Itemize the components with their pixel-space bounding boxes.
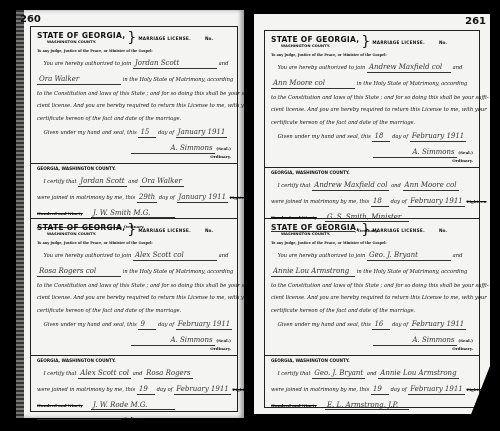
joined-line: were joined in matrimony by me, this 29t… <box>37 193 231 203</box>
given-line: Given under my hand and seal, this 15 da… <box>37 128 231 138</box>
divider <box>265 355 479 356</box>
officiant-signature: E. L. Armstrong, J.P. <box>325 401 409 411</box>
ordinary-signature: A. Simmons <box>373 148 457 158</box>
certify-line: I certify that Geo. J. Bryant and Annie … <box>271 369 473 379</box>
certificate-county: GEORGIA, WASHINGTON COUNTY. <box>37 166 231 171</box>
county-title: WASHINGTON COUNTY. <box>37 232 125 237</box>
license-title: MARRIAGE LICENSE. <box>138 36 191 41</box>
groom-name: Geo. J. Bryant <box>367 251 451 261</box>
page-number: 261 <box>465 16 486 27</box>
cert-bride: Annie Lou Armstrong <box>378 369 458 379</box>
license-header: STATE OF GEORGIA, WASHINGTON COUNTY. } M… <box>37 31 231 45</box>
certificate-line: certificate hereon of the fact and date … <box>37 116 231 123</box>
cert-groom: Andrew Maxfield col <box>312 181 389 191</box>
issue-day: 9 <box>138 320 156 330</box>
license-header: STATE OF GEORGIA, WASHINGTON COUNTY. } M… <box>271 35 473 49</box>
marriage-date: February 1911 <box>408 385 464 395</box>
county-title: WASHINGTON COUNTY. <box>271 232 359 237</box>
given-line: Given under my hand and seal, this 9 day… <box>37 320 231 330</box>
constitution-line: to the Constitution and laws of this Sta… <box>37 91 231 98</box>
certificate-county: GEORGIA, WASHINGTON COUNTY. <box>37 358 231 363</box>
ordinary-label: Ordinary. <box>37 154 231 159</box>
marriage-day: 19 <box>137 385 155 395</box>
license-number-label: No. <box>439 40 447 45</box>
constitution-line: to the Constitution and laws of this Sta… <box>271 95 473 102</box>
authorization-line: You are hereby authorized to join Jordan… <box>37 59 231 69</box>
certificate-line: certificate hereon of the fact and date … <box>271 308 473 315</box>
marriage-day: 29th <box>137 193 157 203</box>
marriage-day: 18 <box>371 197 389 207</box>
cert-bride: Ora Walker <box>140 177 184 187</box>
certify-line: I certify that Jordan Scott and Ora Walk… <box>37 177 231 187</box>
page-edge <box>16 10 24 418</box>
license-header: STATE OF GEORGIA, WASHINGTON COUNTY. } M… <box>37 223 231 237</box>
certify-line: I certify that Andrew Maxfield col and A… <box>271 181 473 191</box>
groom-name: Andrew Maxfield col <box>367 63 451 73</box>
bride-line: Rosa Rogers col in the Holy State of Mat… <box>37 267 231 277</box>
ordinary-label: Ordinary. <box>271 346 473 351</box>
issue-day: 15 <box>138 128 156 138</box>
authorization-line: You are hereby authorized to join Andrew… <box>271 63 473 73</box>
divider <box>31 163 237 164</box>
cient-line: cient license. And you are hereby requir… <box>37 295 231 302</box>
cert-groom: Jordan Scott <box>78 177 126 187</box>
certificate-county: GEORGIA, WASHINGTON COUNTY. <box>271 170 473 175</box>
officiant-line: Hundred and Ninety J. W. Smith M.G. <box>37 209 231 219</box>
book-spine <box>244 0 254 431</box>
given-line: Given under my hand and seal, this 18 da… <box>271 132 473 142</box>
license-title: MARRIAGE LICENSE. <box>372 228 425 233</box>
bride-line: Ora Walker in the Holy State of Matrimon… <box>37 75 231 85</box>
license-frame: STATE OF GEORGIA, WASHINGTON COUNTY. } M… <box>264 30 480 408</box>
issue-date: January 1911 <box>176 128 228 138</box>
ordinary-signature-line: A. Simmons (Seal.) <box>37 336 231 346</box>
county-title: WASHINGTON COUNTY. <box>37 40 125 45</box>
license-number-label: No. <box>205 228 213 233</box>
joined-line: were joined in matrimony by me, this 18 … <box>271 197 473 207</box>
addressee: To any Judge, Justice of the Peace, or M… <box>271 241 473 245</box>
groom-name: Alex Scott col <box>133 251 217 261</box>
cert-bride: Ann Moore col <box>403 181 459 191</box>
joined-line: were joined in matrimony by me, this 19 … <box>37 385 231 395</box>
license-number-label: No. <box>439 228 447 233</box>
license-record-1: STATE OF GEORGIA, WASHINGTON COUNTY. } M… <box>31 27 237 219</box>
constitution-line: to the Constitution and laws of this Sta… <box>37 283 231 290</box>
ordinary-signature-line: A. Simmons (Seal.) <box>37 144 231 154</box>
certificate-line: certificate hereon of the fact and date … <box>271 120 473 127</box>
cient-line: cient license. And you are hereby requir… <box>37 103 231 110</box>
brace: } <box>361 35 370 49</box>
ordinary-signature-line: A. Simmons (Seal.) <box>271 336 473 346</box>
cient-line: cient license. And you are hereby requir… <box>271 295 473 302</box>
bride-line: Annie Lou Armstrong in the Holy State of… <box>271 267 473 277</box>
license-record-4: STATE OF GEORGIA, WASHINGTON COUNTY. } M… <box>265 219 479 407</box>
marriage-date: February 1911 <box>174 385 230 395</box>
addressee: To any Judge, Justice of the Peace, or M… <box>271 53 473 57</box>
right-page: 261 STATE OF GEORGIA, WASHINGTON COUNTY.… <box>254 14 490 414</box>
issue-day: 18 <box>372 132 390 142</box>
certify-line: I certify that Alex Scott col and Rosa R… <box>37 369 231 379</box>
groom-name: Jordan Scott <box>133 59 217 69</box>
constitution-line: to the Constitution and laws of this Sta… <box>271 283 473 290</box>
bride-name: Rosa Rogers col <box>37 267 121 277</box>
ordinary-signature: A. Simmons <box>373 336 457 346</box>
ordinary-label: Ordinary. <box>271 158 473 163</box>
addressee: To any Judge, Justice of the Peace, or M… <box>37 49 231 53</box>
bride-line: Ann Moore col in the Holy State of Matri… <box>271 79 473 89</box>
bride-name: Annie Lou Armstrong <box>271 267 355 277</box>
ordinary-line: , Ordinary. <box>37 416 231 423</box>
page-number: 260 <box>20 14 41 25</box>
license-record-3: STATE OF GEORGIA, WASHINGTON COUNTY. } M… <box>31 219 237 411</box>
officiant-line: Hundred and Ninety J. W. Rode M.G. <box>37 401 231 411</box>
cert-bride: Rosa Rogers <box>144 369 193 379</box>
bride-name: Ann Moore col <box>271 79 355 89</box>
authorization-line: You are hereby authorized to join Alex S… <box>37 251 231 261</box>
ordinary-signature: A. Simmons <box>131 336 215 346</box>
license-frame: STATE OF GEORGIA, WASHINGTON COUNTY. } M… <box>30 26 238 412</box>
issue-date: February 1911 <box>410 320 466 330</box>
certificate-line: certificate hereon of the fact and date … <box>37 308 231 315</box>
bride-name: Ora Walker <box>37 75 121 85</box>
certificate-county: GEORGIA, WASHINGTON COUNTY. <box>271 358 473 363</box>
ordinary-line: , Ordinary. <box>271 416 473 423</box>
issue-date: February 1911 <box>176 320 232 330</box>
marriage-day: 19 <box>371 385 389 395</box>
addressee: To any Judge, Justice of the Peace, or M… <box>37 241 231 245</box>
given-line: Given under my hand and seal, this 16 da… <box>271 320 473 330</box>
license-header: STATE OF GEORGIA, WASHINGTON COUNTY. } M… <box>271 223 473 237</box>
ordinary-signature: A. Simmons <box>131 144 215 154</box>
left-page: 260 STATE OF GEORGIA, WASHINGTON COUNTY.… <box>16 10 244 418</box>
brace: } <box>361 223 370 237</box>
divider <box>265 167 479 168</box>
authorization-line: You are hereby authorized to join Geo. J… <box>271 251 473 261</box>
ordinary-signature-line: A. Simmons (Seal.) <box>271 148 473 158</box>
officiant-line: Hundred and Ninety E. L. Armstrong, J.P. <box>271 401 473 411</box>
issue-day: 16 <box>372 320 390 330</box>
county-title: WASHINGTON COUNTY. <box>271 44 359 49</box>
license-number-label: No. <box>205 36 213 41</box>
joined-line: were joined in matrimony by me, this 19 … <box>271 385 473 395</box>
license-title: MARRIAGE LICENSE. <box>372 40 425 45</box>
brace: } <box>127 223 136 237</box>
cert-groom: Alex Scott col <box>78 369 131 379</box>
marriage-date: February 1911 <box>408 197 464 207</box>
license-title: MARRIAGE LICENSE. <box>138 228 191 233</box>
cert-groom: Geo. J. Bryant <box>312 369 365 379</box>
marriage-date: January 1911 <box>177 193 229 203</box>
cient-line: cient license. And you are hereby requir… <box>271 107 473 114</box>
ordinary-label: Ordinary. <box>37 346 231 351</box>
issue-date: February 1911 <box>410 132 466 142</box>
officiant-signature: J. W. Rode M.G. <box>91 401 175 411</box>
brace: } <box>127 31 136 45</box>
officiant-signature: J. W. Smith M.G. <box>91 209 175 219</box>
license-record-2: STATE OF GEORGIA, WASHINGTON COUNTY. } M… <box>265 31 479 219</box>
divider <box>31 355 237 356</box>
